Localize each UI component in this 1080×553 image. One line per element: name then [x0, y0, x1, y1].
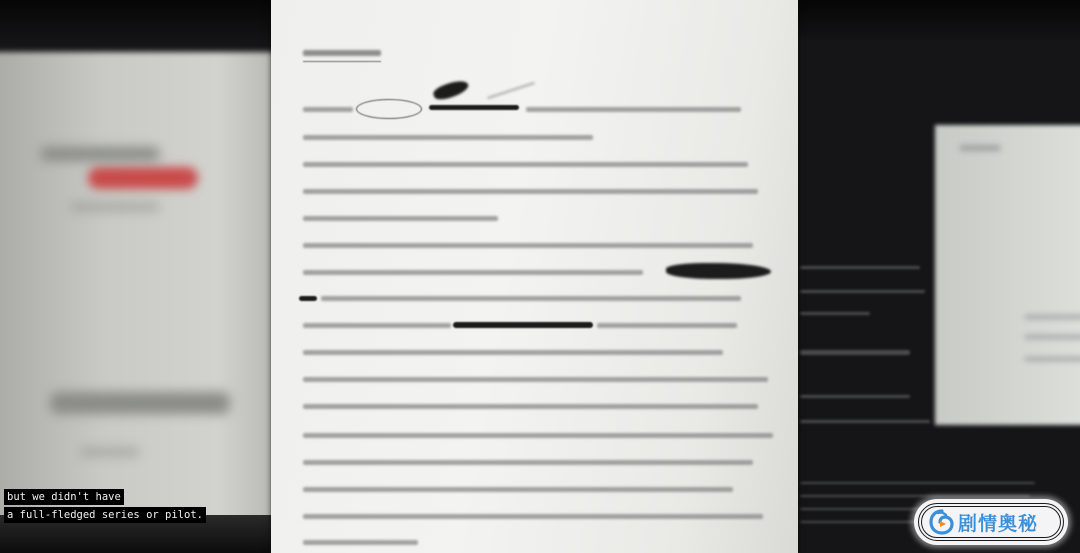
redaction-scribble: [666, 263, 771, 279]
circled-word-annotation: [356, 99, 422, 119]
channel-watermark: 剧情奥秘: [914, 499, 1068, 545]
blurred-document-right: [935, 125, 1080, 425]
red-stamp: [88, 167, 198, 189]
handwritten-scribble: [432, 77, 471, 102]
subtitle-line-2: a full-fledged series or pilot.: [4, 507, 206, 523]
redaction: [429, 105, 519, 110]
swirl-play-logo-icon: [929, 509, 955, 535]
video-frame: but we didn't have a full-fledged series…: [0, 0, 1080, 553]
typewritten-document: [271, 0, 798, 553]
blurred-document-left: [0, 52, 275, 522]
document-heading: [303, 50, 381, 56]
redaction-bar: [453, 322, 593, 328]
watermark-text: 剧情奥秘: [958, 509, 1038, 536]
subtitle-line-1: but we didn't have: [4, 489, 124, 505]
